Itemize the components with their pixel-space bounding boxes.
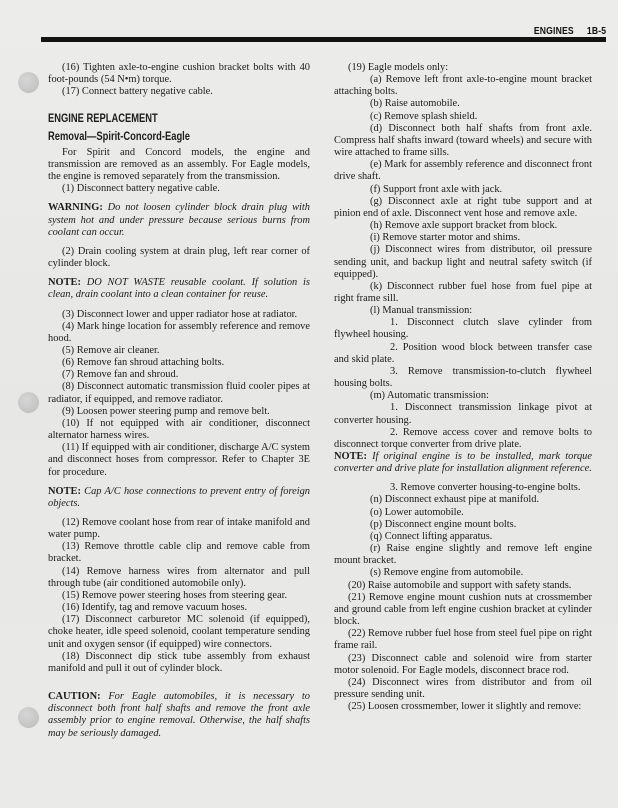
- note-box: NOTE: If original engine is to be instal…: [334, 451, 592, 475]
- step-paragraph: (8) Disconnect automatic transmission fl…: [48, 381, 310, 405]
- substep-paragraph: (s) Remove engine from automobile.: [334, 567, 592, 579]
- section-title: ENGINES: [534, 25, 574, 37]
- page-number: 1B-5: [587, 25, 606, 37]
- substep-paragraph: (j) Disconnect wires from distributor, o…: [334, 244, 592, 280]
- numbered-substep: 2. Position wood block between transfer …: [334, 342, 592, 366]
- step-paragraph: (1) Disconnect battery negative cable.: [48, 183, 310, 195]
- numbered-substep: 1. Disconnect clutch slave cylinder from…: [334, 317, 592, 341]
- step-paragraph: (9) Loosen power steering pump and remov…: [48, 406, 310, 418]
- step-paragraph: (22) Remove rubber fuel hose from steel …: [334, 628, 592, 652]
- punch-hole: [18, 72, 39, 93]
- substep-paragraph: (a) Remove left front axle-to-engine mou…: [334, 74, 592, 98]
- substep-paragraph: (l) Manual transmission:: [334, 305, 592, 317]
- substep-paragraph: (g) Disconnect axle at right tube suppor…: [334, 196, 592, 220]
- substep-paragraph: (h) Remove axle support bracket from blo…: [334, 220, 592, 232]
- substep-paragraph: (o) Lower automobile.: [334, 507, 592, 519]
- step-paragraph: (3) Disconnect lower and upper radiator …: [48, 309, 310, 321]
- substep-paragraph: (b) Raise automobile.: [334, 98, 592, 110]
- step-paragraph: (16) Tighten axle-to-engine cushion brac…: [48, 62, 310, 86]
- note-box: NOTE: Cap A/C hose connections to preven…: [48, 486, 310, 510]
- substep-paragraph: (q) Connect lifting apparatus.: [334, 531, 592, 543]
- step-paragraph: (19) Eagle models only:: [334, 62, 592, 74]
- subsection-heading: Removal—Spirit-Concord-Eagle: [48, 130, 252, 142]
- header-rule: [41, 37, 606, 42]
- step-paragraph: (17) Disconnect carburetor MC solenoid (…: [48, 614, 310, 650]
- note-label: NOTE:: [334, 451, 367, 462]
- warning-label: WARNING:: [48, 202, 103, 213]
- substep-paragraph: (m) Automatic transmission:: [334, 390, 592, 402]
- substep-paragraph: (n) Disconnect exhaust pipe at manifold.: [334, 494, 592, 506]
- numbered-substep: 1. Disconnect transmission linkage pivot…: [334, 402, 592, 426]
- numbered-substep: 2. Remove access cover and remove bolts …: [334, 427, 592, 451]
- step-paragraph: (13) Remove throttle cable clip and remo…: [48, 541, 310, 565]
- punch-hole: [18, 392, 39, 413]
- substep-paragraph: (p) Disconnect engine mount bolts.: [334, 519, 592, 531]
- step-paragraph: (2) Drain cooling system at drain plug, …: [48, 246, 310, 270]
- substep-paragraph: (i) Remove starter motor and shims.: [334, 232, 592, 244]
- substep-paragraph: (c) Remove splash shield.: [334, 111, 592, 123]
- substep-paragraph: (r) Raise engine slightly and remove lef…: [334, 543, 592, 567]
- step-paragraph: (18) Disconnect dip stick tube assembly …: [48, 651, 310, 675]
- step-paragraph: (14) Remove harness wires from alternato…: [48, 566, 310, 590]
- step-paragraph: (25) Loosen crossmember, lower it slight…: [334, 701, 592, 713]
- step-paragraph: (20) Raise automobile and support with s…: [334, 580, 592, 592]
- punch-hole: [18, 707, 39, 728]
- note-label: NOTE:: [48, 486, 81, 497]
- step-paragraph: (23) Disconnect cable and solenoid wire …: [334, 653, 592, 677]
- warning-note: WARNING: Do not loosen cylinder block dr…: [48, 202, 310, 238]
- step-paragraph: (10) If not equipped with air conditione…: [48, 418, 310, 442]
- step-paragraph: (6) Remove fan shroud attaching bolts.: [48, 357, 310, 369]
- step-paragraph: (24) Disconnect wires from distributor a…: [334, 677, 592, 701]
- step-paragraph: (21) Remove engine mount cushion nuts at…: [334, 592, 592, 628]
- intro-paragraph: For Spirit and Concord models, the engin…: [48, 147, 310, 183]
- step-paragraph: (16) Identify, tag and remove vacuum hos…: [48, 602, 310, 614]
- note-label: NOTE:: [48, 277, 81, 288]
- step-paragraph: (5) Remove air cleaner.: [48, 345, 310, 357]
- note-text: DO NOT WASTE reusable coolant. If soluti…: [48, 277, 310, 300]
- caution-label: CAUTION:: [48, 691, 101, 702]
- step-paragraph: (11) If equipped with air conditioner, d…: [48, 442, 310, 478]
- note-text: If original engine is to be installed, m…: [334, 451, 592, 474]
- step-paragraph: (15) Remove power steering hoses from st…: [48, 590, 310, 602]
- caution-note: CAUTION: For Eagle automobiles, it is ne…: [48, 691, 310, 740]
- left-column: (16) Tighten axle-to-engine cushion brac…: [48, 62, 310, 747]
- substep-paragraph: (k) Disconnect rubber fuel hose from fue…: [334, 281, 592, 305]
- manual-page: ENGINES1B-5 (16) Tighten axle-to-engine …: [0, 0, 618, 808]
- numbered-substep: 3. Remove transmission-to-clutch flywhee…: [334, 366, 592, 390]
- step-paragraph: (12) Remove coolant hose from rear of in…: [48, 517, 310, 541]
- note-text: Cap A/C hose connections to prevent entr…: [48, 486, 310, 509]
- section-heading: ENGINE REPLACEMENT: [48, 112, 252, 124]
- numbered-substep: 3. Remove converter housing-to-engine bo…: [334, 482, 592, 494]
- substep-paragraph: (d) Disconnect both half shafts from fro…: [334, 123, 592, 159]
- step-paragraph: (4) Mark hinge location for assembly ref…: [48, 321, 310, 345]
- step-paragraph: (7) Remove fan and shroud.: [48, 369, 310, 381]
- right-column: (19) Eagle models only: (a) Remove left …: [334, 62, 592, 713]
- substep-paragraph: (e) Mark for assembly reference and disc…: [334, 159, 592, 183]
- note-box: NOTE: DO NOT WASTE reusable coolant. If …: [48, 277, 310, 301]
- running-header: ENGINES1B-5: [534, 25, 606, 37]
- substep-paragraph: (f) Support front axle with jack.: [334, 184, 592, 196]
- step-paragraph: (17) Connect battery negative cable.: [48, 86, 310, 98]
